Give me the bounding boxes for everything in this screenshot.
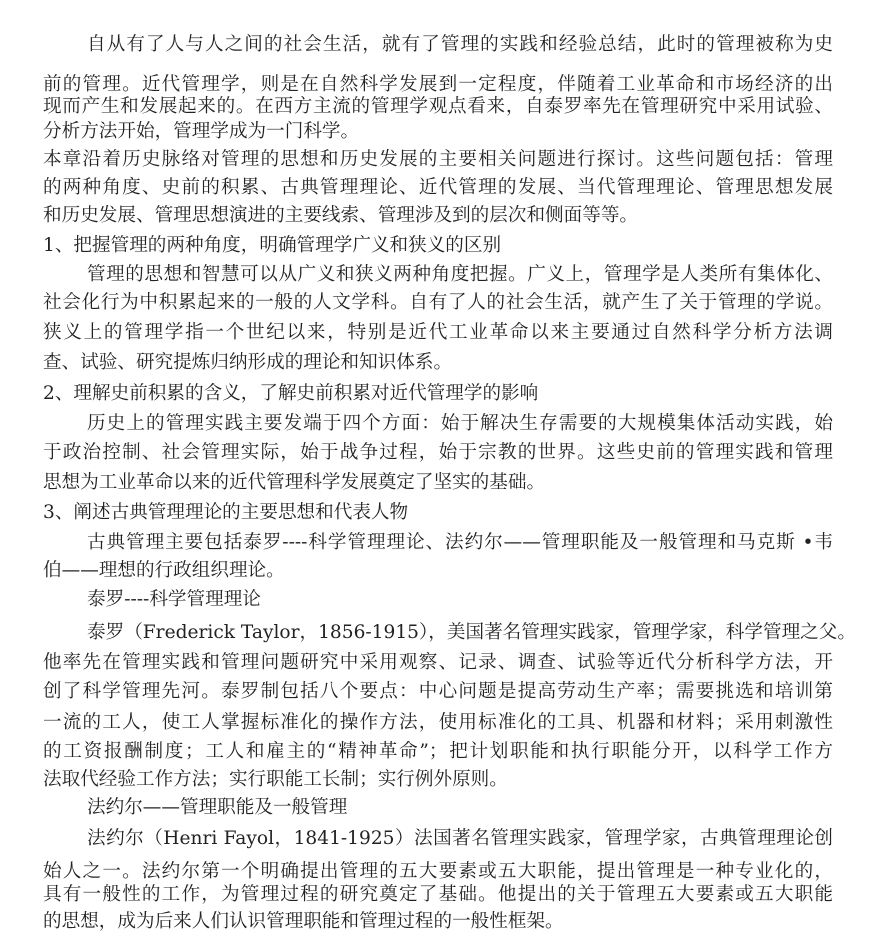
text-line: 前的管理。近代管理学，则是在自然科学发展到一定程度，伴随着工业革命和市场经济的出 [43,74,833,96]
text-line: 创了科学管理先河。泰罗制包括八个要点：中心问题是提高劳动生产率；需要挑选和培训第 [43,681,833,703]
text-line: 的工资报酬制度；工人和雇主的“精神革命”；把计划职能和执行职能分开，以科学工作方 [43,741,833,763]
text-line: 3、阐述古典管理理论的主要思想和代表人物 [43,502,833,524]
text-line: 具有一般性的工作，为管理过程的研究奠定了基础。他提出的关于管理五大要素或五大职能 [43,884,833,906]
text-line: 狭义上的管理学指一个世纪以来，特别是近代工业革命以来主要通过自然科学分析方法调 [43,322,833,344]
text-line: 法取代经验工作方法；实行职能工长制；实行例外原则。 [43,769,833,791]
text-line: 法约尔——管理职能及一般管理 [87,797,833,819]
text-line: 始人之一。法约尔第一个明确提出管理的五大要素或五大职能，提出管理是一种专业化的， [43,861,833,883]
text-line: 泰罗（Frederick Taylor，1856-1915），美国著名管理实践家… [87,622,833,644]
text-line: 的两种角度、史前的积累、古典管理理论、近代管理的发展、当代管理理论、管理思想发展 [43,177,833,199]
text-line: 古典管理主要包括泰罗----科学管理理论、法约尔——管理职能及一般管理和马克斯 … [87,532,833,554]
text-line: 历史上的管理实践主要发端于四个方面：始于解决生存需要的大规模集体活动实践，始 [87,413,833,435]
text-line: 社会化行为中积累起来的一般的人文学科。自有了人的社会生活，就产生了关于管理的学说… [43,292,833,314]
text-line: 分析方法开始，管理学成为一门科学。 [43,121,833,143]
text-line: 泰罗----科学管理理论 [87,589,833,611]
text-line: 于政治控制、社会管理实际，始于战争过程，始于宗教的世界。这些史前的管理实践和管理 [43,442,833,464]
text-line: 一流的工人，使工人掌握标准化的操作方法，使用标准化的工具、机器和材料；采用刺激性 [43,712,833,734]
text-line: 现而产生和发展起来的。在西方主流的管理学观点看来，自泰罗率先在管理研究中采用试验… [43,96,833,118]
text-line: 自从有了人与人之间的社会生活，就有了管理的实践和经验总结，此时的管理被称为史 [87,34,833,56]
document-page: 自从有了人与人之间的社会生活，就有了管理的实践和经验总结，此时的管理被称为史前的… [0,0,894,936]
text-line: 1、把握管理的两种角度，明确管理学广义和狭义的区别 [43,235,833,257]
text-line: 本章沿着历史脉络对管理的思想和历史发展的主要相关问题进行探讨。这些问题包括：管理 [43,149,833,171]
text-line: 的思想，成为后来人们认识管理职能和管理过程的一般性框架。 [43,911,833,933]
text-line: 伯——理想的行政组织理论。 [43,560,833,582]
text-line: 法约尔（Henri Fayol，1841-1925）法国著名管理实践家，管理学家… [87,828,833,850]
text-line: 2、理解史前积累的含义，了解史前积累对近代管理学的影响 [43,383,833,405]
text-line: 思想为工业革命以来的近代管理科学发展奠定了坚实的基础。 [43,472,833,494]
text-line: 管理的思想和智慧可以从广义和狭义两种角度把握。广义上，管理学是人类所有集体化、 [87,264,833,286]
text-line: 和历史发展、管理思想演进的主要线索、管理涉及到的层次和侧面等等。 [43,205,833,227]
text-line: 他率先在管理实践和管理问题研究中采用观察、记录、调查、试验等近代分析科学方法，开 [43,652,833,674]
text-line: 查、试验、研究提炼归纳形成的理论和知识体系。 [43,352,833,374]
